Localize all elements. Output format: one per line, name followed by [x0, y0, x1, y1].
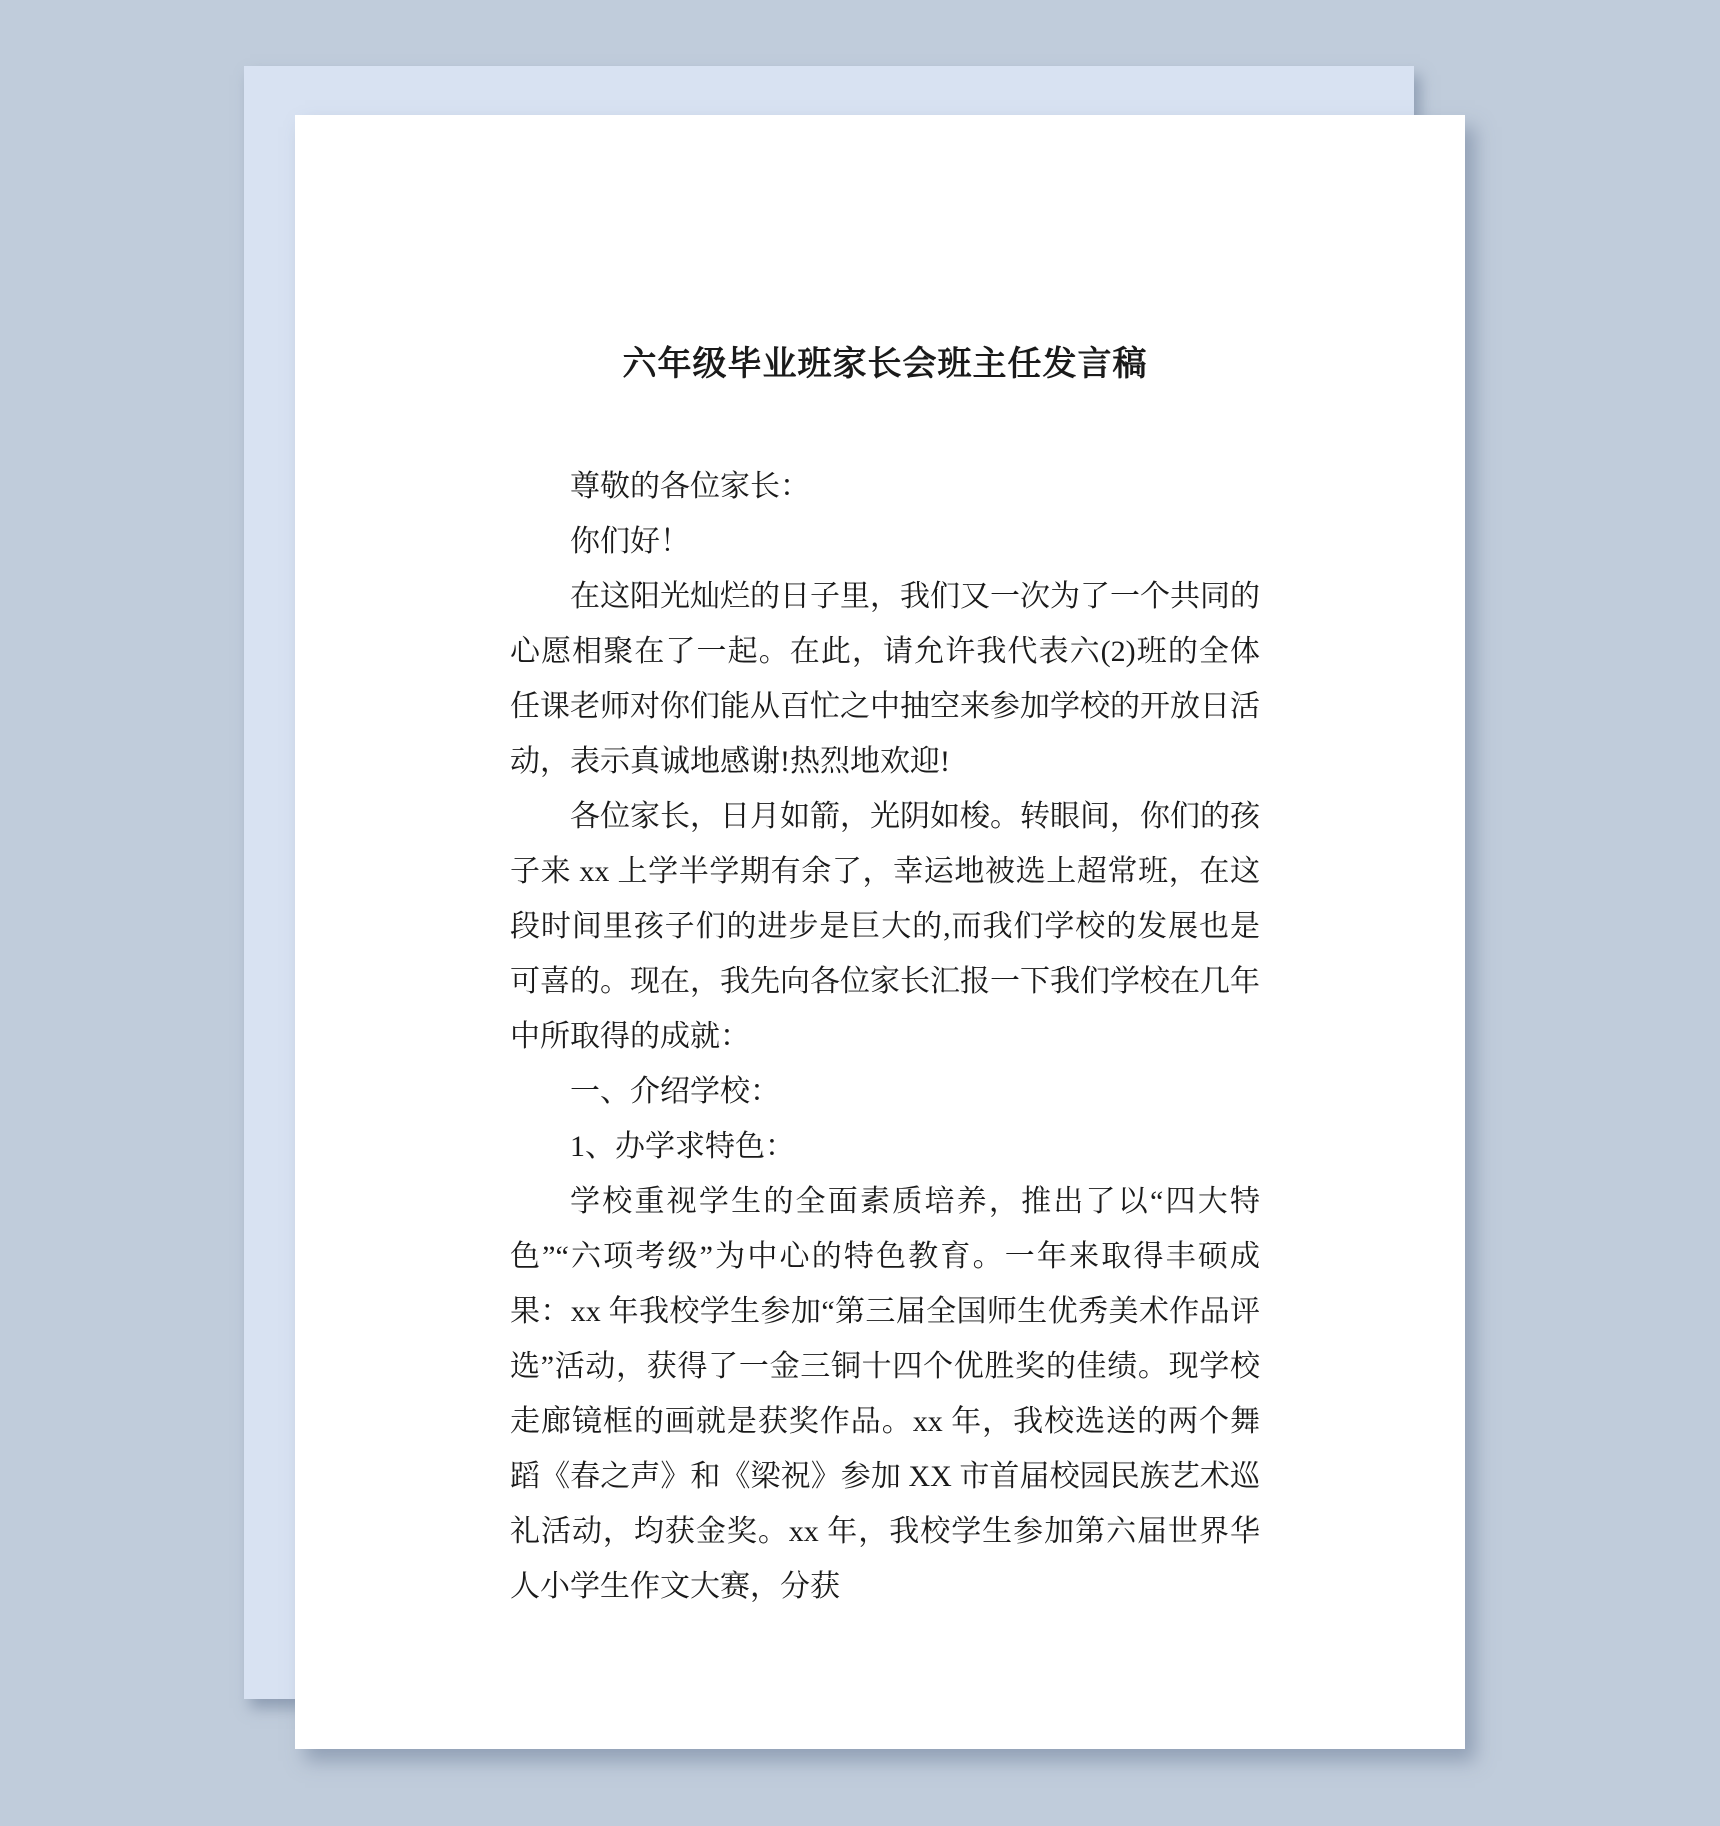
document-title: 六年级毕业班家长会班主任发言稿 [510, 343, 1260, 387]
document-page: 六年级毕业班家长会班主任发言稿 尊敬的各位家长： 你们好！ 在这阳光灿烂的日子里… [295, 115, 1465, 1749]
paragraph-hello: 你们好！ [510, 514, 1260, 569]
paragraph-subsection-heading: 1、办学求特色： [510, 1119, 1260, 1174]
paragraph-section-heading: 一、介绍学校： [510, 1064, 1260, 1119]
paragraph-greeting: 尊敬的各位家长： [510, 459, 1260, 514]
paragraph-achievements: 学校重视学生的全面素质培养，推出了以“四大特色”“六项考级”为中心的特色教育。一… [510, 1174, 1260, 1614]
paragraph-progress: 各位家长，日月如箭，光阴如梭。转眼间，你们的孩子来 xx 上学半学期有余了，幸运… [510, 789, 1260, 1064]
paragraph-welcome: 在这阳光灿烂的日子里，我们又一次为了一个共同的心愿相聚在了一起。在此，请允许我代… [510, 569, 1260, 789]
